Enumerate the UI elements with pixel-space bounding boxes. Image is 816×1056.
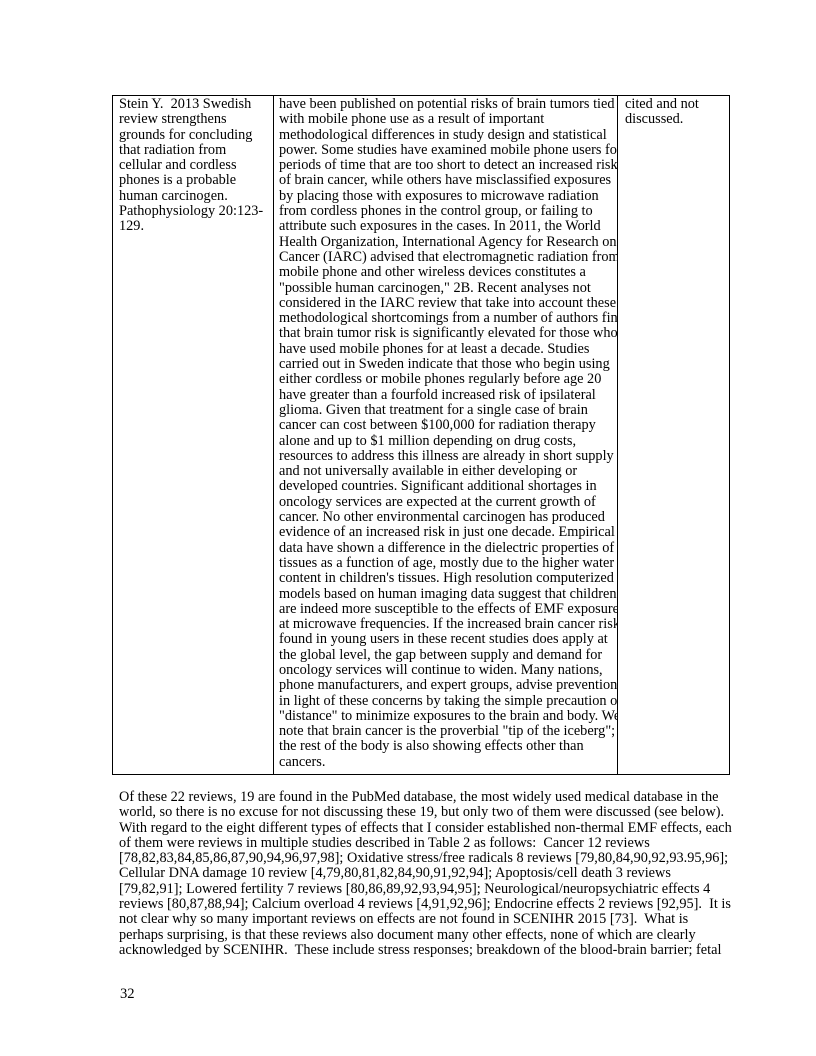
citation-cell: Stein Y. 2013 Swedish review strengthens… — [113, 96, 274, 775]
table-row: Stein Y. 2013 Swedish review strengthens… — [113, 96, 730, 775]
body-paragraph: Of these 22 reviews, 19 are found in the… — [119, 790, 769, 958]
page-number: 32 — [120, 986, 135, 1002]
document-page: Stein Y. 2013 Swedish review strengthens… — [0, 0, 816, 1056]
review-summary-cell: have been published on potential risks o… — [274, 96, 618, 775]
status-cell: cited and not discussed. — [618, 96, 730, 775]
review-table: Stein Y. 2013 Swedish review strengthens… — [112, 95, 730, 775]
